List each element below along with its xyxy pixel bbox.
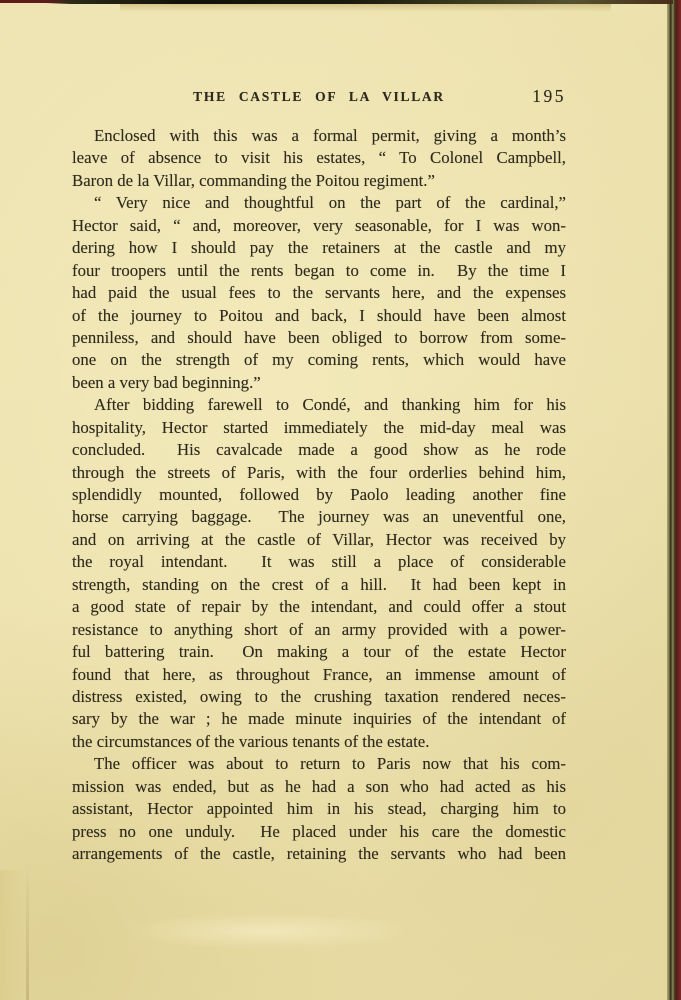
- text-line: Baron de la Villar, commanding the Poito…: [72, 170, 566, 192]
- running-header: THE CASTLE OF LA VILLAR 195: [72, 89, 566, 111]
- text-line: mission was ended, but as he had a son w…: [72, 776, 566, 798]
- paper-light-band: [110, 910, 460, 952]
- paragraph: “ Very nice and thoughtful on the part o…: [72, 192, 566, 394]
- under-page-edge: [120, 4, 611, 12]
- text-line: a good state of repair by the intendant,…: [72, 596, 566, 618]
- text-line: assistant, Hector appointed him in his s…: [72, 798, 566, 820]
- text-line: splendidly mounted, followed by Paolo le…: [72, 484, 566, 506]
- page-gutter-crease: [26, 860, 29, 1000]
- text-line: four troopers until the rents began to c…: [72, 260, 566, 282]
- text-line: penniless, and should have been obliged …: [72, 327, 566, 349]
- text-line: and on arriving at the castle of Villar,…: [72, 529, 566, 551]
- scanned-book-photo: { "page": { "running_header": "THE CASTL…: [0, 0, 681, 1000]
- text-line: concluded. His cavalcade made a good sho…: [72, 439, 566, 461]
- text-line: press no one unduly. He placed under his…: [72, 821, 566, 843]
- paragraph: The officer was about to return to Paris…: [72, 753, 566, 865]
- text-line: been a very bad beginning.”: [72, 372, 566, 394]
- text-line: the royal intendant. It was still a plac…: [72, 551, 566, 573]
- page-body: Enclosed with this was a formal permit, …: [72, 125, 566, 865]
- book-page: THE CASTLE OF LA VILLAR 195 Enclosed wit…: [0, 3, 667, 1000]
- page-title: THE CASTLE OF LA VILLAR: [72, 89, 566, 105]
- paragraph: After bidding farewell to Condé, and tha…: [72, 394, 566, 753]
- text-line: The officer was about to return to Paris…: [72, 753, 566, 775]
- text-line: dering how I should pay the retainers at…: [72, 237, 566, 259]
- text-line: Enclosed with this was a formal permit, …: [72, 125, 566, 147]
- page-number: 195: [532, 86, 566, 107]
- text-line: found that here, as throughout France, a…: [72, 664, 566, 686]
- text-line: ful battering train. On making a tour of…: [72, 641, 566, 663]
- text-line: After bidding farewell to Condé, and tha…: [72, 394, 566, 416]
- text-line: arrangements of the castle, retaining th…: [72, 843, 566, 865]
- text-line: horse carrying baggage. The journey was …: [72, 506, 566, 528]
- text-line: one on the strength of my coming rents, …: [72, 349, 566, 371]
- text-line: of the journey to Poitou and back, I sho…: [72, 305, 566, 327]
- text-line: leave of absence to visit his estates, “…: [72, 147, 566, 169]
- text-line: distress existed, owing to the crushing …: [72, 686, 566, 708]
- text-line: sary by the war ; he made minute inquiri…: [72, 708, 566, 730]
- text-line: hospitality, Hector started immediately …: [72, 417, 566, 439]
- book-cover-edge-right: [667, 0, 681, 1000]
- page-gutter-shade: [0, 870, 26, 1000]
- text-line: resistance to anything short of an army …: [72, 619, 566, 641]
- text-line: “ Very nice and thoughtful on the part o…: [72, 192, 566, 214]
- text-line: had paid the usual fees to the servants …: [72, 282, 566, 304]
- text-line: through the streets of Paris, with the f…: [72, 462, 566, 484]
- text-line: the circumstances of the various tenants…: [72, 731, 566, 753]
- text-line: strength, standing on the crest of a hil…: [72, 574, 566, 596]
- paragraph: Enclosed with this was a formal permit, …: [72, 125, 566, 192]
- text-line: Hector said, “ and, moreover, very seaso…: [72, 215, 566, 237]
